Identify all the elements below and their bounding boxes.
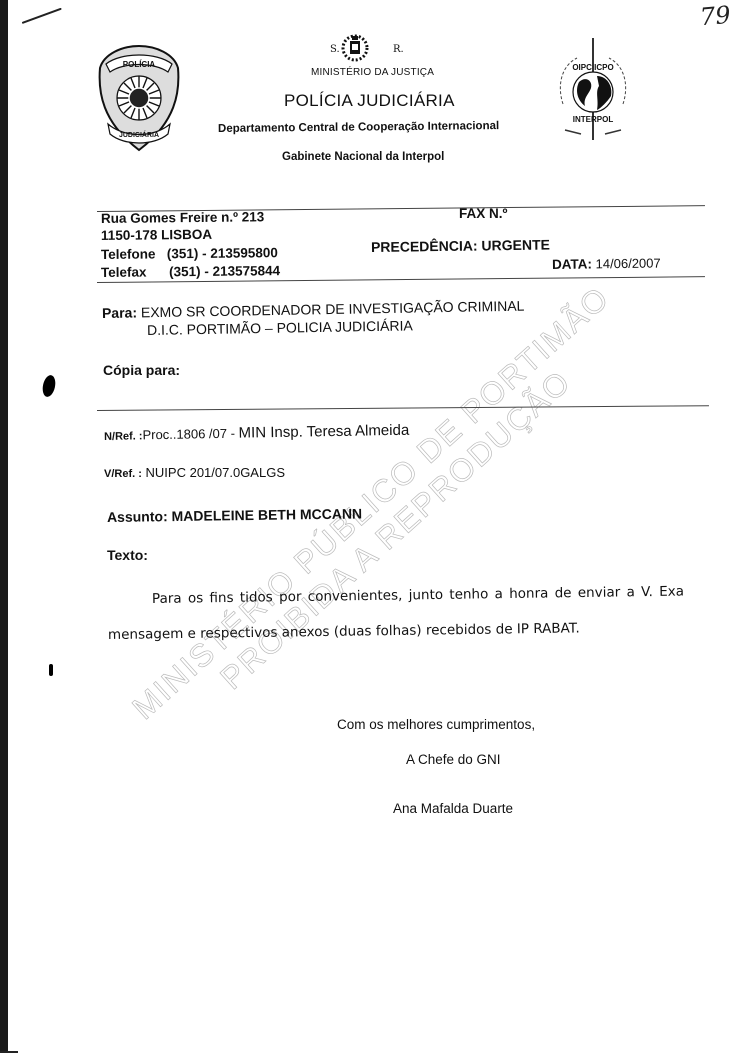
closing: Com os melhores cumprimentos, (337, 717, 535, 732)
interpol-emblem-icon: OIPC ICPO INTERPOL (553, 36, 633, 144)
recipient-line-1: Para: EXMO SR COORDENADOR DE INVESTIGAÇÃ… (102, 298, 525, 321)
body-line-1: Para os fins tidos por convenientes, jun… (152, 584, 684, 607)
policia-judiciaria-badge-icon: POLÍCIA JUDICIÁRIA (96, 42, 182, 154)
copy-to-label: Cópia para: (103, 362, 180, 378)
recipient-rule (97, 405, 709, 411)
our-reference-officer: MIN Insp. Teresa Almeida (238, 422, 409, 442)
date-label: DATA: (552, 256, 592, 272)
svg-text:POLÍCIA: POLÍCIA (123, 60, 156, 69)
date-value: 14/06/2007 (596, 255, 661, 271)
department-name: Departamento Central de Cooperação Inter… (218, 120, 499, 135)
address-line-1: Rua Gomes Freire n.º 213 (101, 209, 264, 226)
scan-edge-bar (0, 0, 8, 1053)
hole-punch-mark (41, 374, 57, 398)
your-reference-label: V/Ref. : (104, 468, 142, 480)
address-line-2: 1150-178 LISBOA (101, 227, 212, 243)
body-label: Texto: (107, 547, 148, 563)
precedence: PRECEDÊNCIA: URGENTE (371, 237, 550, 255)
fax-number-label: FAX N.º (459, 206, 507, 221)
watermark-line-1: MINISTÉRIO PÚBLICO DE PORTIMÃO (125, 279, 617, 727)
our-reference: N/Ref. :Proc..1806 /07 - MIN Insp. Teres… (104, 422, 410, 444)
telefax-label: Telefax (101, 265, 147, 280)
telefax-row: Telefax (351) - 213575844 (101, 263, 280, 280)
handwritten-page-number: 79 (699, 1, 732, 32)
svg-text:OIPC ICPO: OIPC ICPO (572, 63, 613, 72)
your-reference: V/Ref. : NUIPC 201/07.0GALGS (104, 465, 285, 480)
svg-text:JUDICIÁRIA: JUDICIÁRIA (119, 130, 159, 139)
telefax-value: (351) - 213575844 (169, 263, 280, 279)
crest-letter-left: S. (330, 44, 340, 55)
ministry-name: MINISTÉRIO DA JUSTIÇA (311, 67, 434, 78)
pen-stroke-mark (22, 8, 62, 24)
phone-row: Telefone (351) - 213595800 (101, 245, 278, 262)
watermark-line-2: PROIBIDA A REPRODUÇÃO (213, 363, 578, 697)
our-reference-value: Proc..1806 /07 - (142, 426, 238, 443)
subject-value: MADELEINE BETH MCCANN (171, 505, 362, 524)
subject: Assunto: MADELEINE BETH MCCANN (107, 505, 362, 525)
recipient-label: Para: (102, 304, 137, 321)
signatory-title: A Chefe do GNI (406, 752, 501, 767)
body-line-2: mensagem e respectivos anexos (duas folh… (108, 620, 580, 643)
recipient-line-2: D.I.C. PORTIMÃO – POLICIA JUDICIÁRIA (147, 317, 413, 338)
signatory-name: Ana Mafalda Duarte (393, 801, 513, 816)
subject-label: Assunto: (107, 508, 168, 525)
your-reference-value: NUIPC 201/07.0GALGS (146, 465, 285, 480)
svg-text:INTERPOL: INTERPOL (573, 115, 614, 124)
portuguese-coat-of-arms-icon (340, 33, 370, 63)
our-reference-label: N/Ref. : (104, 430, 143, 443)
office-name: Gabinete Nacional da Interpol (282, 151, 444, 163)
phone-value: (351) - 213595800 (167, 245, 278, 261)
agency-title: POLÍCIA JUDICIÁRIA (284, 91, 455, 111)
phone-label: Telefone (101, 246, 156, 262)
crest-letter-right: R. (393, 44, 404, 55)
recipient-value: EXMO SR COORDENADOR DE INVESTIGAÇÃO CRIM… (141, 298, 525, 321)
ink-spot-mark (49, 664, 53, 676)
date-row: DATA: 14/06/2007 (552, 255, 661, 272)
